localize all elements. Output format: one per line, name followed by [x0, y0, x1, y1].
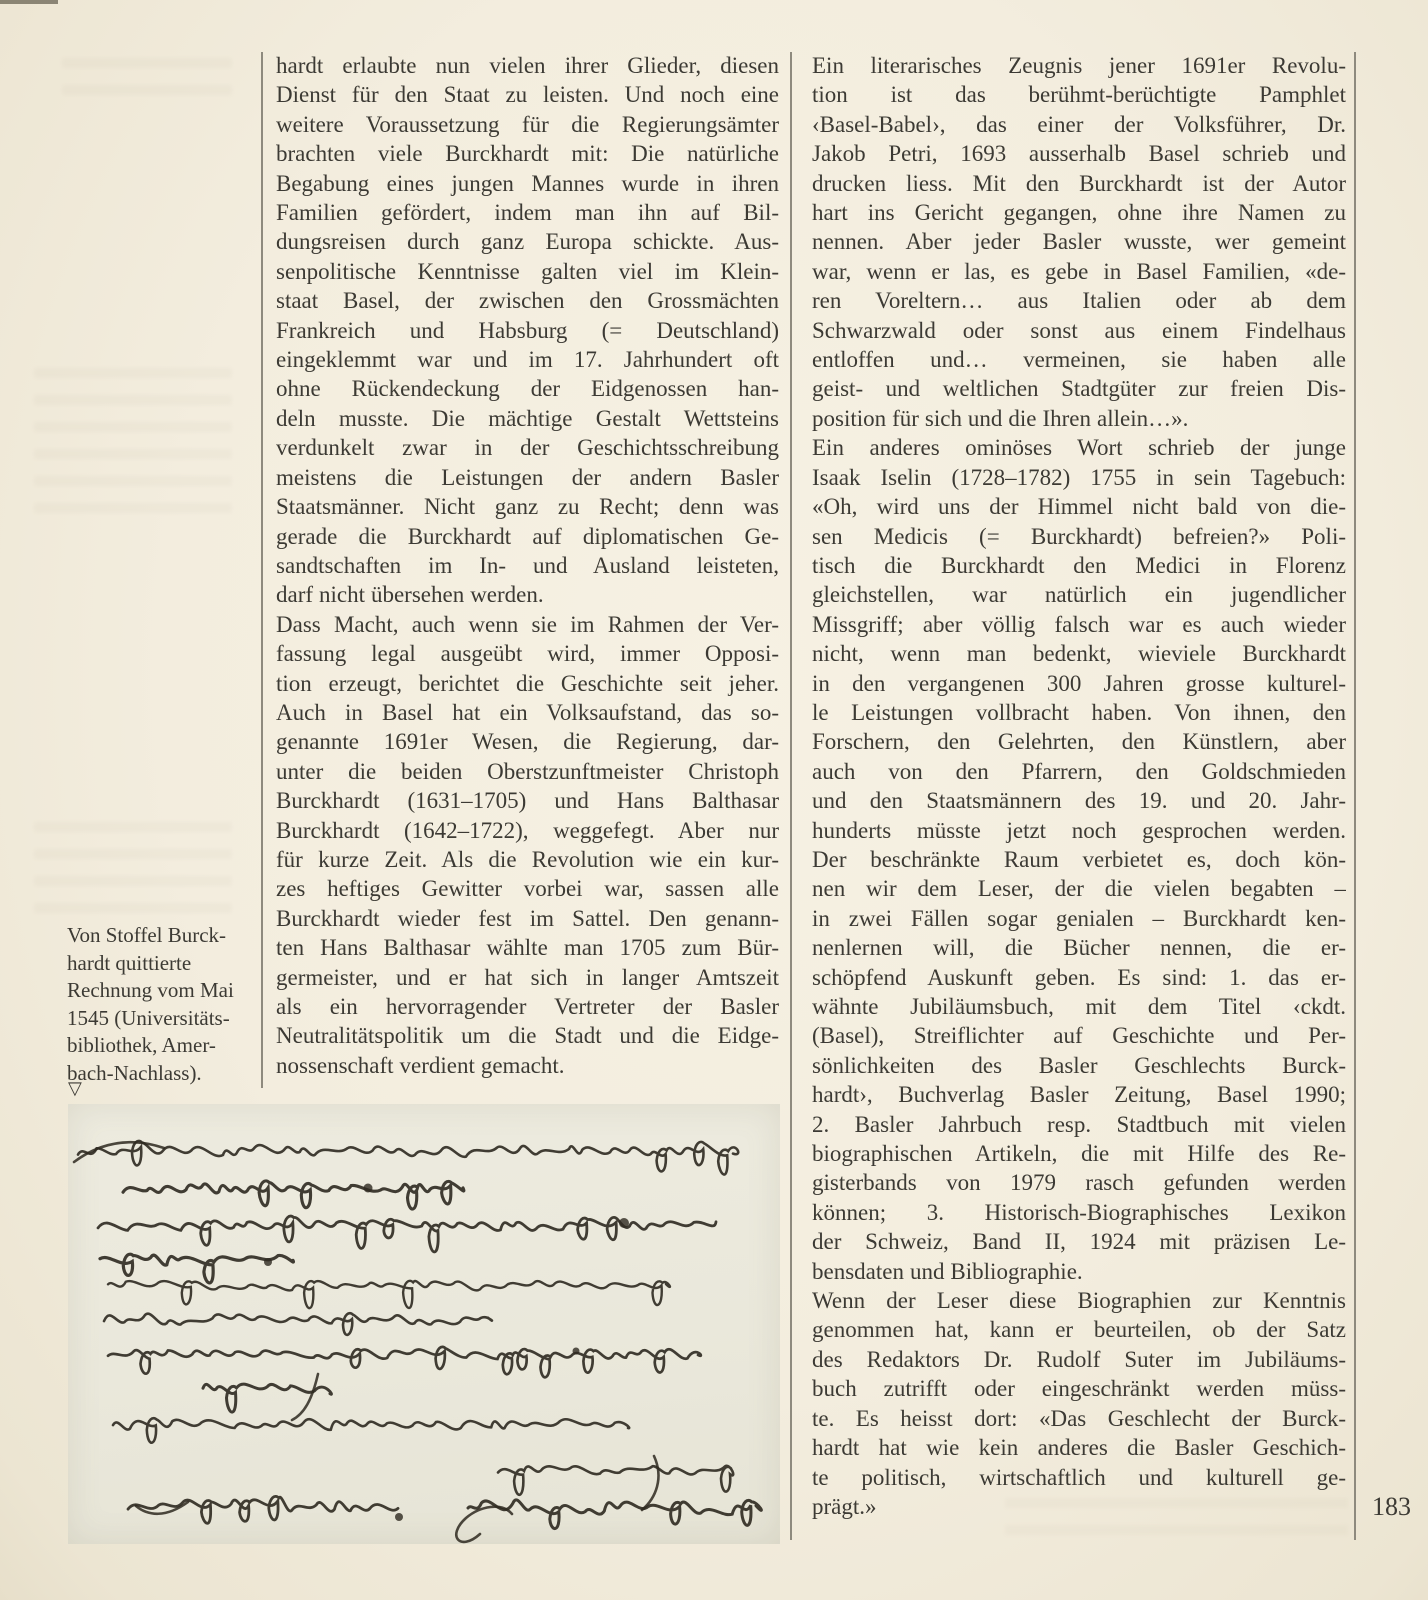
text-column-right: Ein literarisches Zeugnis jener 1691er R…	[812, 51, 1346, 1521]
text-line: nenlernen will, die Bücher nennen, die e…	[812, 933, 1346, 962]
text-line: bensdaten und Bibliographie.	[812, 1257, 1346, 1286]
caption-line: hardt quittierte	[67, 950, 263, 978]
text-line: genommen hat, kann er beurteilen, ob der…	[812, 1315, 1346, 1344]
text-line: können; 3. Historisch-Biographisches Lex…	[812, 1198, 1346, 1227]
text-line: hardt›, Buchverlag Basler Zeitung, Basel…	[812, 1080, 1346, 1109]
text-line: genannte 1691er Wesen, die Regierung, da…	[276, 727, 779, 756]
text-line: Burckhardt (1631–1705) und Hans Balthasa…	[276, 786, 779, 815]
text-line: Wenn der Leser diese Biographien zur Ken…	[812, 1286, 1346, 1315]
text-line: Staatsmänner. Nicht ganz zu Recht; denn …	[276, 492, 779, 521]
text-line: sen Medicis (= Burckhardt) befreien?» Po…	[812, 522, 1346, 551]
manuscript-image	[68, 1104, 780, 1544]
text-line: sönlichkeiten des Basler Geschlechts Bur…	[812, 1051, 1346, 1080]
text-line: gerade die Burckhardt auf diplomatischen…	[276, 522, 779, 551]
figure-caption: Von Stoffel Burck-hardt quittierteRechnu…	[67, 922, 263, 1087]
text-line: auch von den Pfarrern, den Goldschmieden	[812, 757, 1346, 786]
bleed-through-text	[34, 368, 232, 520]
text-line: te. Es heisst dort: «Das Geschlecht der …	[812, 1404, 1346, 1433]
text-line: deln musste. Die mächtige Gestalt Wettst…	[276, 404, 779, 433]
text-line: position für sich und die Ihren allein…»…	[812, 404, 1346, 433]
text-line: weitere Voraussetzung für die Regierungs…	[276, 110, 779, 139]
text-line: Burckhardt wieder fest im Sattel. Den ge…	[276, 904, 779, 933]
caption-line: 1545 (Universitäts-	[67, 1005, 263, 1033]
text-line: unter die beiden Oberstzunftmeister Chri…	[276, 757, 779, 786]
text-line: für kurze Zeit. Als die Revolution wie e…	[276, 845, 779, 874]
caption-line: Von Stoffel Burck-	[67, 922, 263, 950]
caption-line: bibliothek, Amer-	[67, 1032, 263, 1060]
text-line: dungsreisen durch ganz Europa schickte. …	[276, 227, 779, 256]
text-line: verdunkelt zwar in der Geschichtsschreib…	[276, 433, 779, 462]
text-line: und den Staatsmännern des 19. und 20. Ja…	[812, 786, 1346, 815]
text-line: sandtschaften im In- und Ausland leistet…	[276, 551, 779, 580]
column-rule-middle	[790, 52, 792, 1540]
text-line: Forschern, den Gelehrten, den Künstlern,…	[812, 727, 1346, 756]
bleed-through-text	[62, 58, 232, 108]
text-line: Familien gefördert, indem man ihn auf Bi…	[276, 198, 779, 227]
text-line: tion erzeugt, berichtet die Geschichte s…	[276, 669, 779, 698]
text-line: Schwarzwald oder sonst aus einem Findelh…	[812, 316, 1346, 345]
text-line: prägt.»	[812, 1492, 1346, 1521]
text-line: Begabung eines jungen Mannes wurde in ih…	[276, 169, 779, 198]
handwriting-strokes	[68, 1104, 780, 1544]
text-line: ‹Basel-Babel›, das einer der Volksführer…	[812, 110, 1346, 139]
text-line: geist- und weltlichen Stadtgüter zur fre…	[812, 374, 1346, 403]
text-line: Burckhardt (1642–1722), weggefegt. Aber …	[276, 816, 779, 845]
text-line: staat Basel, der zwischen den Grossmächt…	[276, 286, 779, 315]
text-line: 2. Basler Jahrbuch resp. Stadtbuch mit v…	[812, 1110, 1346, 1139]
text-line: zes heftiges Gewitter vorbei war, sassen…	[276, 874, 779, 903]
text-line: drucken liess. Mit den Burckhardt ist de…	[812, 169, 1346, 198]
text-line: in den vergangenen 300 Jahren grosse kul…	[812, 669, 1346, 698]
caption-line: bach-Nachlass).	[67, 1060, 263, 1088]
text-line: germeister, und er hat sich in langer Am…	[276, 963, 779, 992]
text-line: ren Voreltern… aus Italien oder ab dem	[812, 286, 1346, 315]
text-line: nennen. Aber jeder Basler wusste, wer ge…	[812, 227, 1346, 256]
text-line: schöpfend Auskunft geben. Es sind: 1. da…	[812, 963, 1346, 992]
text-line: Missgriff; aber völlig falsch war es auc…	[812, 610, 1346, 639]
page-number: 183	[1372, 1492, 1411, 1522]
text-line: hunderts müsste jetzt noch gesprochen we…	[812, 816, 1346, 845]
text-line: nen wir dem Leser, der die vielen begabt…	[812, 874, 1346, 903]
text-line: gleichstellen, war natürlich ein jugendl…	[812, 580, 1346, 609]
text-line: «Oh, wird uns der Himmel nicht bald von …	[812, 492, 1346, 521]
caption-pointer-triangle-icon: ▽	[68, 1078, 82, 1099]
text-line: tisch die Burckhardt den Medici in Flore…	[812, 551, 1346, 580]
text-column-left: hardt erlaubte nun vielen ihrer Glieder,…	[276, 51, 779, 1080]
text-line: nicht, wenn man bedenkt, wieviele Burckh…	[812, 639, 1346, 668]
text-line: Dass Macht, auch wenn sie im Rahmen der …	[276, 610, 779, 639]
text-line: entloffen und… vermeinen, sie haben alle	[812, 345, 1346, 374]
text-line: eingeklemmt war und im 17. Jahrhundert o…	[276, 345, 779, 374]
column-rule-right	[1354, 52, 1356, 1540]
text-line: Ein literarisches Zeugnis jener 1691er R…	[812, 51, 1346, 80]
text-line: fassung legal ausgeübt wird, immer Oppos…	[276, 639, 779, 668]
text-line: meistens die Leistungen der andern Basle…	[276, 463, 779, 492]
text-line: Isaak Iselin (1728–1782) 1755 in sein Ta…	[812, 463, 1346, 492]
text-line: darf nicht übersehen werden.	[276, 580, 779, 609]
text-line: brachten viele Burckhardt mit: Die natür…	[276, 139, 779, 168]
text-line: als ein hervorragender Vertreter der Bas…	[276, 992, 779, 1021]
text-line: Auch in Basel hat ein Volksaufstand, das…	[276, 698, 779, 727]
text-line: Dienst für den Staat zu leisten. Und noc…	[276, 80, 779, 109]
text-line: hart ins Gericht gegangen, ohne ihre Nam…	[812, 198, 1346, 227]
text-line: Ein anderes ominöses Wort schrieb der ju…	[812, 433, 1346, 462]
text-line: Frankreich und Habsburg (= Deutschland)	[276, 316, 779, 345]
caption-line: Rechnung vom Mai	[67, 977, 263, 1005]
text-line: Neutralitätspolitik um die Stadt und die…	[276, 1021, 779, 1050]
bleed-through-text	[34, 822, 232, 918]
text-line: Jakob Petri, 1693 ausserhalb Basel schri…	[812, 139, 1346, 168]
text-line: wähnte Jubiläumsbuch, mit dem Titel ‹ckd…	[812, 992, 1346, 1021]
text-line: war, wenn er las, es gebe in Basel Famil…	[812, 257, 1346, 286]
text-line: ten Hans Balthasar wählte man 1705 zum B…	[276, 933, 779, 962]
text-line: nossenschaft verdient gemacht.	[276, 1051, 779, 1080]
text-line: gisterbands von 1979 rasch gefunden werd…	[812, 1168, 1346, 1197]
scan-edge-artifact	[0, 0, 58, 4]
text-line: hardt hat wie kein anderes die Basler Ge…	[812, 1433, 1346, 1462]
text-line: Der beschränkte Raum verbietet es, doch …	[812, 845, 1346, 874]
text-line: biographischen Artikeln, die mit Hilfe d…	[812, 1139, 1346, 1168]
text-line: (Basel), Streiflichter auf Geschichte un…	[812, 1021, 1346, 1050]
text-line: buch zutrifft oder eingeschränkt werden …	[812, 1374, 1346, 1403]
text-line: tion ist das berühmt-berüchtigte Pamphle…	[812, 80, 1346, 109]
text-line: des Redaktors Dr. Rudolf Suter im Jubilä…	[812, 1345, 1346, 1374]
text-line: ohne Rückendeckung der Eidgenossen han-	[276, 374, 779, 403]
text-line: der Schweiz, Band II, 1924 mit präzisen …	[812, 1227, 1346, 1256]
book-page: hardt erlaubte nun vielen ihrer Glieder,…	[0, 0, 1428, 1600]
text-line: le Leistungen vollbracht haben. Von ihne…	[812, 698, 1346, 727]
text-line: hardt erlaubte nun vielen ihrer Glieder,…	[276, 51, 779, 80]
text-line: in zwei Fällen sogar genialen – Burckhar…	[812, 904, 1346, 933]
text-line: senpolitische Kenntnisse galten viel im …	[276, 257, 779, 286]
text-line: te politisch, wirtschaftlich und kulture…	[812, 1463, 1346, 1492]
